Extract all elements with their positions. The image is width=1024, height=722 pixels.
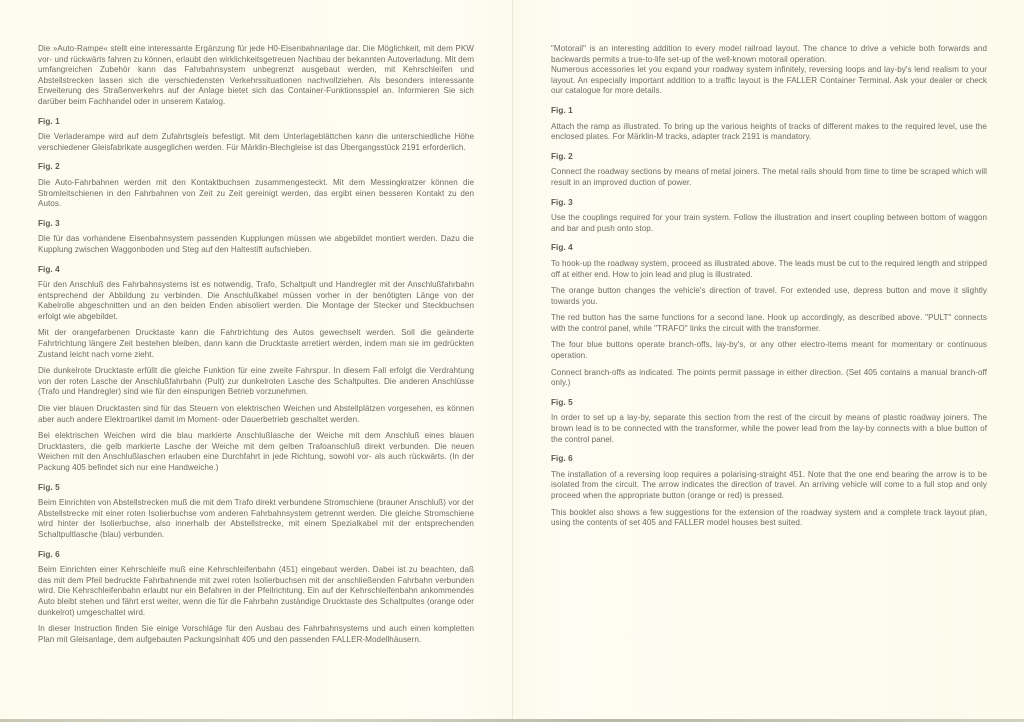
instruction-paragraph: Die vier blauen Drucktasten sind für das… [38, 404, 474, 425]
page-fold-line [512, 0, 513, 722]
intro-paragraph: Numerous accessories let you expand your… [551, 65, 987, 97]
instruction-paragraph: Beim Einrichten einer Kehrschleife muß e… [38, 565, 474, 618]
figure-heading: Fig. 6 [38, 550, 474, 561]
english-page: "Motorail" is an interesting addition to… [551, 44, 987, 535]
german-sections: Fig. 1Die Verladerampe wird auf dem Zufa… [38, 117, 474, 646]
figure-heading: Fig. 5 [551, 398, 987, 409]
instruction-paragraph: The red button has the same functions fo… [551, 313, 987, 334]
german-intro: Die »Auto-Rampe« stellt eine interessant… [38, 44, 474, 108]
intro-paragraph: "Motorail" is an interesting addition to… [551, 44, 987, 65]
instruction-paragraph: The installation of a reversing loop req… [551, 470, 987, 502]
figure-heading: Fig. 6 [551, 454, 987, 465]
instruction-paragraph: Die Auto-Fahrbahnen werden mit den Konta… [38, 178, 474, 210]
instruction-paragraph: In order to set up a lay-by, separate th… [551, 413, 987, 445]
figure-heading: Fig. 4 [551, 243, 987, 254]
instruction-paragraph: Bei elektrischen Weichen wird die blau m… [38, 431, 474, 473]
instruction-paragraph: To hook-up the roadway system, proceed a… [551, 259, 987, 280]
english-sections: Fig. 1Attach the ramp as illustrated. To… [551, 106, 987, 529]
figure-heading: Fig. 1 [551, 106, 987, 117]
instruction-paragraph: Die dunkelrote Drucktaste erfüllt die gl… [38, 366, 474, 398]
instruction-paragraph: In dieser Instruction finden Sie einige … [38, 624, 474, 645]
instruction-paragraph: Mit der orangefarbenen Drucktaste kann d… [38, 328, 474, 360]
figure-heading: Fig. 4 [38, 265, 474, 276]
german-page: Die »Auto-Rampe« stellt eine interessant… [38, 44, 474, 651]
instruction-paragraph: The four blue buttons operate branch-off… [551, 340, 987, 361]
instruction-paragraph: Beim Einrichten von Abstellstrecken muß … [38, 498, 474, 540]
figure-heading: Fig. 2 [38, 162, 474, 173]
figure-heading: Fig. 2 [551, 152, 987, 163]
figure-heading: Fig. 5 [38, 483, 474, 494]
instruction-paragraph: Use the couplings required for your trai… [551, 213, 987, 234]
instruction-paragraph: Die Verladerampe wird auf dem Zufahrtsgl… [38, 132, 474, 153]
instruction-paragraph: This booklet also shows a few suggestion… [551, 508, 987, 529]
instruction-paragraph: The orange button changes the vehicle's … [551, 286, 987, 307]
english-intro: "Motorail" is an interesting addition to… [551, 44, 987, 97]
figure-heading: Fig. 1 [38, 117, 474, 128]
instruction-paragraph: Connect the roadway sections by means of… [551, 167, 987, 188]
instruction-paragraph: Für den Anschluß des Fahrbahnsystems ist… [38, 280, 474, 322]
instruction-paragraph: Die für das vorhandene Eisenbahnsystem p… [38, 234, 474, 255]
figure-heading: Fig. 3 [551, 198, 987, 209]
figure-heading: Fig. 3 [38, 219, 474, 230]
instruction-sheet: Die »Auto-Rampe« stellt eine interessant… [0, 0, 1024, 722]
instruction-paragraph: Attach the ramp as illustrated. To bring… [551, 122, 987, 143]
instruction-paragraph: Connect branch-offs as indicated. The po… [551, 368, 987, 389]
